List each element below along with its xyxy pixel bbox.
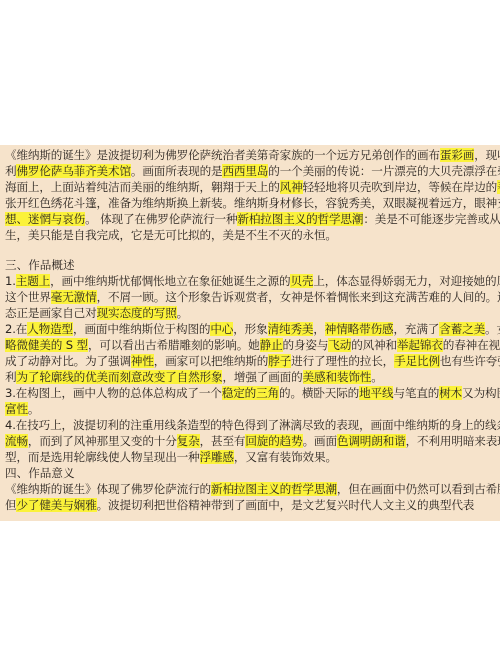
highlighted-text: 神性 [131, 354, 154, 368]
text-line: 流畅，而到了风神那里又变的十分复杂，甚至有回旋的趋势。画面色调明朗和谐，不利用明… [5, 433, 494, 449]
text-span: 4.在技巧上，波提切利的注重用线条造型的特色得到了淋漓尽致的表现，画面中维纳斯的… [5, 418, 500, 432]
text-line: 生，美只能是自我完成，它是无可比拟的，美是不生不灭的永恒。 [5, 227, 494, 243]
text-span: 的。横卧天际的 [279, 386, 359, 400]
text-span: 型，而是选用轮廓线使人物呈现出一种 [5, 450, 200, 464]
text-line: 型，而是选用轮廓线使人物呈现出一种浮雕感，又富有装饰效果。 [5, 449, 494, 465]
text-span: 。画面所表现的是 [131, 164, 223, 178]
text-span: ，不屑一顾。这个形象告诉观赏者，女神是怀着惆怅来到这充满苦难的人间的。这种精神状 [97, 290, 500, 304]
text-span: 与笔直的 [393, 386, 439, 400]
highlighted-text: 浮雕感 [200, 450, 234, 464]
text-span: ，形象 [233, 322, 267, 336]
highlighted-text: 现实态度的写照 [97, 306, 177, 320]
highlighted-text: 风神 [280, 180, 303, 194]
highlighted-text: 人物造型 [27, 322, 73, 336]
text-span: 的身姿与 [283, 338, 329, 352]
text-line: 富性。 [5, 401, 494, 417]
text-line: 《维纳斯的诞生》体现了佛罗伦萨流行的新柏拉图主义的哲学思潮，但在画面中仍然可以看… [5, 481, 494, 497]
text-span: ，画面中维纳斯位于构图的 [73, 322, 210, 336]
text-span: 《维纳斯的诞生》是波提切利为佛罗伦萨统治者美第奇家族的一个远方兄弟创作的画布 [5, 148, 440, 162]
text-span: 轻轻地将贝壳吹到岸边，等候在岸边的 [303, 180, 498, 194]
text-span: 利 [5, 164, 16, 178]
highlighted-text: 佛罗伦萨乌菲齐美术馆 [16, 164, 130, 178]
text-span: ，不利用明暗来表现人体造 [406, 434, 500, 448]
highlighted-text: 少了健美与娴雅 [16, 498, 96, 512]
text-span: ，画家可以把维纳斯的 [154, 354, 268, 368]
text-span: 2.在 [5, 322, 27, 336]
highlighted-text: 流畅 [5, 434, 28, 448]
text-span: ，可以看出古希腊雕刻的影响。她 [88, 338, 260, 352]
text-span: 生，美只能是自我完成，它是无可比拟的，美是不生不灭的永恒。 [5, 228, 337, 242]
section-heading-significance: 四、作品意义 [5, 465, 494, 481]
text-span: 上，体态显得娇弱无力，对迎接她的风神春神和 [313, 274, 500, 288]
text-span: 张开红色绣花斗篷，准备为维纳斯换上新装。维纳斯身材修长，容貌秀美，双眼凝视着远方… [5, 196, 500, 210]
text-span: ， [313, 322, 324, 336]
text-span: ，又富有装饰效果。 [234, 450, 337, 464]
text-span: 。画面 [303, 434, 337, 448]
text-span: ，增强了画面的 [222, 370, 302, 384]
spacer [5, 243, 494, 257]
highlighted-text: 主题上 [16, 274, 50, 288]
highlighted-text: 飞动 [328, 338, 351, 352]
text-line: 《维纳斯的诞生》是波提切利为佛罗伦萨统治者美第奇家族的一个远方兄弟创作的画布蛋彩… [5, 147, 494, 163]
text-span: ，甚至有 [200, 434, 246, 448]
text-line: 成了动静对比。为了强调神性，画家可以把维纳斯的脖子进行了理性的拉长，手足比例也有… [5, 353, 494, 369]
text-line: 1.主题上，画中维纳斯忧郁惆怅地立在象征她诞生之源的贝壳上，体态显得娇弱无力，对… [5, 273, 494, 289]
section-heading-overview: 三、作品概述 [5, 257, 494, 273]
text-span: 进行了理性的拉长， [291, 354, 394, 368]
highlighted-text: 略微健美的 S 型 [5, 338, 88, 352]
text-span: 成了动静对比。为了强调 [5, 354, 131, 368]
text-line: 想、迷惘与哀伤。 体现了在佛罗伦萨流行一种新柏拉图主义的哲学思潮：美是不可能逐步… [5, 211, 494, 227]
highlighted-text: 西西里岛 [222, 164, 268, 178]
document-panel: 《维纳斯的诞生》是波提切利为佛罗伦萨统治者美第奇家族的一个远方兄弟创作的画布蛋彩… [0, 145, 500, 521]
highlighted-text: 富性 [5, 402, 28, 416]
text-span: 。 [28, 402, 39, 416]
highlighted-text: 地平线 [359, 386, 393, 400]
highlighted-text: 复杂 [177, 434, 200, 448]
highlighted-text: 贝壳 [290, 274, 313, 288]
text-span: 《维纳斯的诞生》体现了佛罗伦萨流行的 [5, 482, 211, 496]
text-span: 的风神和 [351, 338, 397, 352]
text-line: 略微健美的 S 型，可以看出古希腊雕刻的影响。她静止的身姿与飞动的风神和举起锦衣… [5, 337, 494, 353]
text-span: 也有些许夸张。波提切 [440, 354, 500, 368]
text-span: 态正是画家自己对 [5, 306, 97, 320]
text-span: 。女神身型呈 [485, 322, 500, 336]
text-span: 的一个美丽的传说：一片漂亮的大贝壳漂浮在碧波荡漾的 [268, 164, 500, 178]
text-span: ，画中维纳斯忧郁惆怅地立在象征她诞生之源的 [50, 274, 290, 288]
highlighted-text: 手足比例 [394, 354, 440, 368]
text-span: 3.在构图上，画中人物的总体总构成了一个 [5, 386, 222, 400]
text-line: 利佛罗伦萨乌菲齐美术馆。画面所表现的是西西里岛的一个美丽的传说：一片漂亮的大贝壳… [5, 163, 494, 179]
highlighted-text: 毫无激情 [51, 290, 97, 304]
text-line: 4.在技巧上，波提切利的注重用线条造型的特色得到了淋漓尽致的表现，画面中维纳斯的… [5, 417, 494, 433]
text-line: 这个世界毫无激情，不屑一顾。这个形象告诉观赏者，女神是怀着惆怅来到这充满苦难的人… [5, 289, 494, 305]
text-span: 利 [5, 370, 16, 384]
text-span: 又为构图增添了 [462, 386, 500, 400]
text-span: 1. [5, 274, 16, 288]
highlighted-text: 新柏拉图主义的哲学思潮 [211, 482, 337, 496]
highlighted-text: 举起锦衣 [397, 338, 443, 352]
highlighted-text: 回旋的趋势 [245, 434, 302, 448]
highlighted-text: 含蓄之美 [439, 322, 485, 336]
text-span: 。 [177, 306, 188, 320]
text-line: 3.在构图上，画中人物的总体总构成了一个稳定的三角的。横卧天际的地平线与笔直的树… [5, 385, 494, 401]
text-span: 。 体现了在佛罗伦萨流行一种 [85, 212, 237, 226]
text-span: 。波提切利把世俗精神带到了画面中，是文艺复兴时代人文主义的典型代表 [97, 498, 475, 512]
overview-paragraphs: 1.主题上，画中维纳斯忧郁惆怅地立在象征她诞生之源的贝壳上，体态显得娇弱无力，对… [5, 273, 494, 465]
text-span: 这个世界 [5, 290, 51, 304]
text-span: 但 [5, 498, 16, 512]
highlighted-text: 想、迷惘与哀伤 [5, 212, 85, 226]
text-span: ：美是不可能逐步完善或从非美中产 [363, 212, 500, 226]
text-span: ，现收藏于意大 [474, 148, 500, 162]
text-line: 但少了健美与娴雅。波提切利把世俗精神带到了画面中，是文艺复兴时代人文主义的典型代… [5, 497, 494, 513]
highlighted-text: 清纯秀美 [268, 322, 314, 336]
highlighted-text: 树木 [439, 386, 462, 400]
highlighted-text: 蛋彩画 [440, 148, 474, 162]
text-span: ，但在画面中仍然可以看到古希腊的影响， [337, 482, 500, 496]
text-span: ，充满了 [393, 322, 439, 336]
text-span: 海面上，上面站着纯洁而美丽的维纳斯，翱翔于天上的 [5, 180, 280, 194]
text-line: 海面上，上面站着纯洁而美丽的维纳斯，翱翔于天上的风神轻轻地将贝壳吹到岸边，等候在… [5, 179, 494, 195]
text-span: 的春神在视觉心理上形 [443, 338, 500, 352]
text-line: 利为了轮廓线的优美而刻意改变了自然形象，增强了画面的美感和装饰性。 [5, 369, 494, 385]
highlighted-text: 静止 [260, 338, 283, 352]
highlighted-text: 脖子 [268, 354, 291, 368]
text-span: ，而到了风神那里又变的十分 [28, 434, 177, 448]
text-line: 2.在人物造型，画面中维纳斯位于构图的中心，形象清纯秀美，神情略带伤感，充满了含… [5, 321, 494, 337]
highlighted-text: 美感和装饰性 [303, 370, 372, 384]
text-line: 张开红色绣花斗篷，准备为维纳斯换上新装。维纳斯身材修长，容貌秀美，双眼凝视着远方… [5, 195, 494, 211]
highlighted-text: 稳定的三角 [222, 386, 279, 400]
highlighted-text: 色调明朗和谐 [337, 434, 406, 448]
text-span: 。 [371, 370, 382, 384]
significance-paragraph: 《维纳斯的诞生》体现了佛罗伦萨流行的新柏拉图主义的哲学思潮，但在画面中仍然可以看… [5, 481, 494, 513]
intro-paragraph: 《维纳斯的诞生》是波提切利为佛罗伦萨统治者美第奇家族的一个远方兄弟创作的画布蛋彩… [5, 147, 494, 243]
highlighted-text: 神情略带伤感 [325, 322, 394, 336]
highlighted-text: 为了轮廓线的优美而刻意改变了自然形象 [16, 370, 222, 384]
highlighted-text: 中心 [210, 322, 233, 336]
text-line: 态正是画家自己对现实态度的写照。 [5, 305, 494, 321]
highlighted-text: 新柏拉图主义的哲学思潮 [237, 212, 363, 226]
